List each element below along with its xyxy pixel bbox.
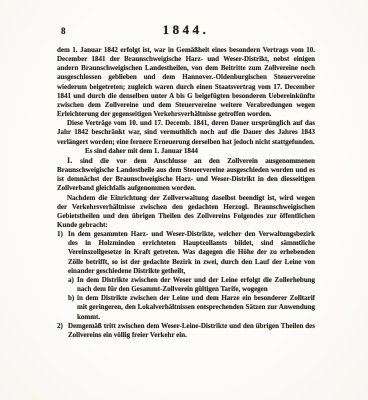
paragraph-announcement: Nachdem die Einrichtung der Zollverwaltu… xyxy=(57,194,315,231)
list-marker-1: 1) xyxy=(57,230,68,239)
list-marker-1a: a) xyxy=(68,276,77,285)
list-item-2: 2) Demgemäß tritt zwischen dem Weser-Lei… xyxy=(57,322,315,340)
lead-line: Es sind daher mit dem 1. Januar 1844 xyxy=(85,147,315,156)
list-item-1: 1) In dem gesammten Harz- und Weser-Dist… xyxy=(57,230,315,276)
body-text-column: dem 1. Januar 1842 erfolgt ist, war in G… xyxy=(57,46,315,340)
list-item-2-text: Demgemäß tritt zwischen dem Weser-Leine-… xyxy=(68,322,315,340)
page-title-year: 1844. xyxy=(57,22,315,38)
paragraph-roman-one: I. sind die vor dem Anschlusse an den Zo… xyxy=(57,156,315,194)
roman-numeral: I. xyxy=(67,156,73,165)
scanned-document-page: 8 1844. dem 1. Januar 1842 erfolgt ist, … xyxy=(0,0,368,400)
list-item-1a: a) In dem Distrikte zwischen der Weser u… xyxy=(68,276,315,294)
paragraph-continuation: dem 1. Januar 1842 erfolgt ist, war in G… xyxy=(57,46,315,119)
list-item-1b: b) in dem Distrikte zwischen der Leine u… xyxy=(68,294,315,321)
list-marker-1b: b) xyxy=(68,294,77,303)
page-header: 8 1844. xyxy=(57,22,315,38)
list-item-1b-text: in dem Distrikte zwischen der Leine und … xyxy=(77,294,315,321)
paragraph-roman-one-text: sind die vor dem Anschlusse an den Zollv… xyxy=(57,157,315,192)
paragraph-treaties: Diese Verträge vom 10. und 17. Decemb. 1… xyxy=(57,119,315,146)
list-item-1a-text: In dem Distrikte zwischen der Weser und … xyxy=(77,276,315,294)
list-item-1-text: In dem gesammten Harz- und Weser-Distrik… xyxy=(68,230,315,276)
list-marker-2: 2) xyxy=(57,322,68,331)
